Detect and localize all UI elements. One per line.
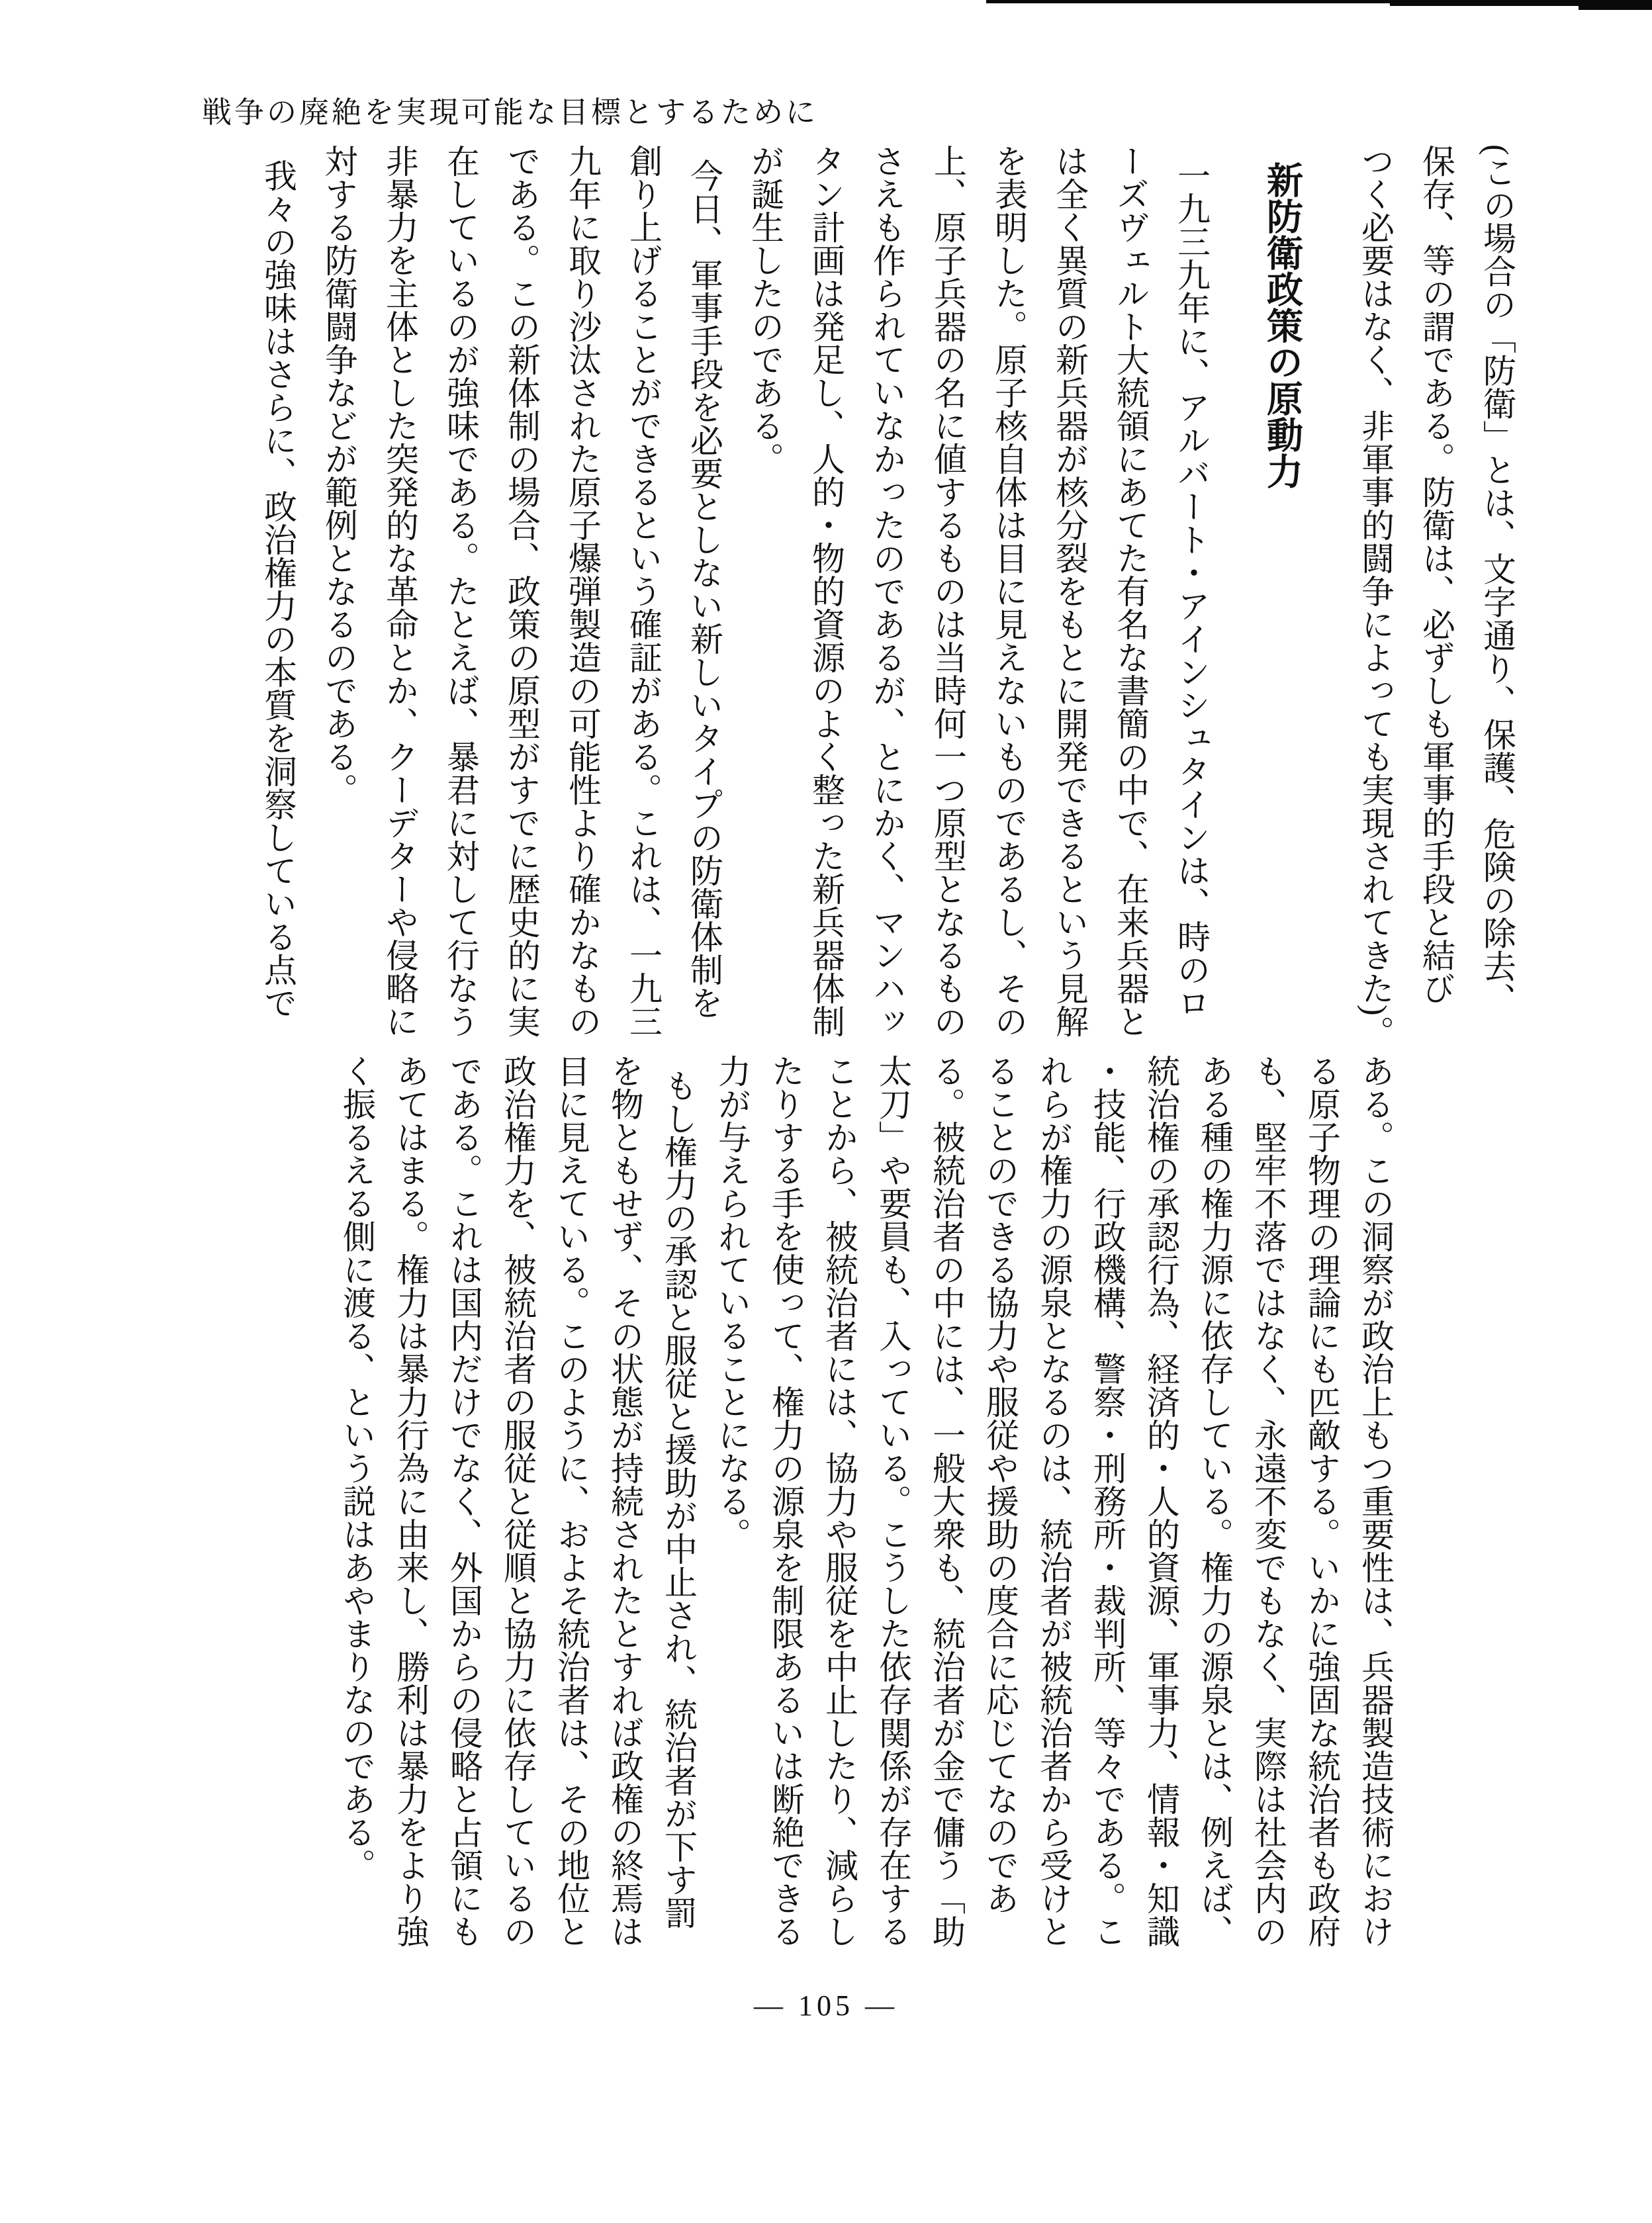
text-column: 創り上げることができるという確証がある。これは、一九三 [613, 144, 674, 1077]
text-column: 統治権の承認行為、経済的・人的資源、軍事力、情報・知識 [1134, 1054, 1187, 1968]
text-column: ある種の権力源に依存している。権力の源泉とは、例えば、 [1187, 1054, 1241, 1968]
text-column: 対する防衛闘争などが範例となるのである。 [308, 144, 369, 1077]
text-column: 九年に取り沙汰された原子爆弾製造の可能性より確かなもの [552, 144, 613, 1077]
text-column: 保存、等の謂である。防衛は、必ずしも軍事的手段と結び [1406, 144, 1467, 1077]
text-column: さえも作られていなかったのであるが、とにかく、マンハッ [856, 144, 917, 1077]
text-column: ーズヴェルト大統領にあてた有名な書簡の中で、在来兵器と [1100, 144, 1161, 1077]
text-column: ことから、被統治者には、協力や服従を中止したり、減らし [812, 1054, 866, 1968]
text-column: もし権力の承認と服従と援助が中止され、統治者が下す罰 [651, 1054, 705, 1968]
text-column: 上、原子兵器の名に値するものは当時何一つ原型となるもの [917, 144, 978, 1077]
text-column: (この場合の「防衛」とは、文字通り、保護、危険の除去、 [1467, 144, 1528, 1077]
text-column: あてはまる。権力は暴力行為に由来し、勝利は暴力をより強 [383, 1054, 437, 1968]
text-column: 力が与えられていることになる。 [705, 1054, 758, 1968]
text-column: れらが権力の源泉となるのは、統治者が被統治者から受けと [1027, 1054, 1080, 1968]
text-column: が誕生したのである。 [735, 144, 796, 1077]
book-page: { "page": { "running_head": "戦争の廃絶を実現可能な… [0, 0, 1652, 2223]
text-column: タン計画は発足し、人的・物的資源のよく整った新兵器体制 [796, 144, 856, 1077]
text-column: ある。この洞察が政治上もつ重要性は、兵器製造技術におけ [1348, 1054, 1402, 1968]
text-column: 政治権力を、被統治者の服従と従順と協力に依存しているの [490, 1054, 544, 1968]
text-column: も、堅牢不落ではなく、永遠不変でもなく、実際は社会内の [1241, 1054, 1295, 1968]
text-column: 太刀」や要員も、入っている。こうした依存関係が存在する [866, 1054, 919, 1968]
text-column: 今日、軍事手段を必要としない新しいタイプの防衛体制を [674, 144, 735, 1077]
page-number: — 105 — [0, 1989, 1652, 2022]
text-column: る。被統治者の中には、一般大衆も、統治者が金で傭う「助 [919, 1054, 973, 1968]
scan-artifact [986, 0, 1397, 3]
text-column: 非暴力を主体とした突発的な革命とか、クーデターや侵略に [369, 144, 430, 1077]
text-column: たりする手を使って、権力の源泉を制限あるいは断絶できる [758, 1054, 812, 1968]
text-column: 我々の強味はさらに、政治権力の本質を洞察している点で [248, 144, 308, 1077]
text-column: ・技能、行政機構、警察・刑務所・裁判所、等々である。こ [1080, 1054, 1134, 1968]
text-column: 目に見えている。このように、およそ統治者は、その地位と [544, 1054, 598, 1968]
text-column: である。この新体制の場合、政策の原型がすでに歴史的に実 [491, 144, 552, 1077]
section-heading: 新防衛政策の原動力 [1248, 144, 1314, 1077]
text-column: を表明した。原子核自体は目に見えないものであるし、その [978, 144, 1039, 1077]
bottom-text-block: ある。この洞察が政治上もつ重要性は、兵器製造技術における原子物理の理論にも匹敵す… [330, 1054, 1402, 1968]
running-head: 戦争の廃絶を実現可能な目標とするために [202, 88, 818, 131]
text-column: 在しているのが強味である。たとえば、暴君に対して行なう [430, 144, 491, 1077]
text-column: る原子物理の理論にも匹敵する。いかに強固な統治者も政府 [1295, 1054, 1348, 1968]
text-column: く振るえる側に渡る、という説はあやまりなのである。 [330, 1054, 383, 1968]
scan-artifact [1579, 0, 1652, 10]
text-column: ることのできる協力や服従や援助の度合に応じてなのであ [973, 1054, 1027, 1968]
scan-artifact [1390, 0, 1582, 6]
text-column: つく必要はなく、非軍事的闘争によっても実現されてきた)。 [1345, 144, 1406, 1077]
text-column: 一九三九年に、アルバート・アインシュタインは、時のロ [1161, 144, 1222, 1077]
text-column: を物ともせず、その状態が持続されたとすれば政権の終焉は [598, 1054, 651, 1968]
text-column: は全く異質の新兵器が核分裂をもとに開発できるという見解 [1039, 144, 1100, 1077]
top-text-block: (この場合の「防衛」とは、文字通り、保護、危険の除去、保存、等の謂である。防衛は… [248, 144, 1528, 1077]
text-column: である。これは国内だけでなく、外国からの侵略と占領にも [437, 1054, 490, 1968]
